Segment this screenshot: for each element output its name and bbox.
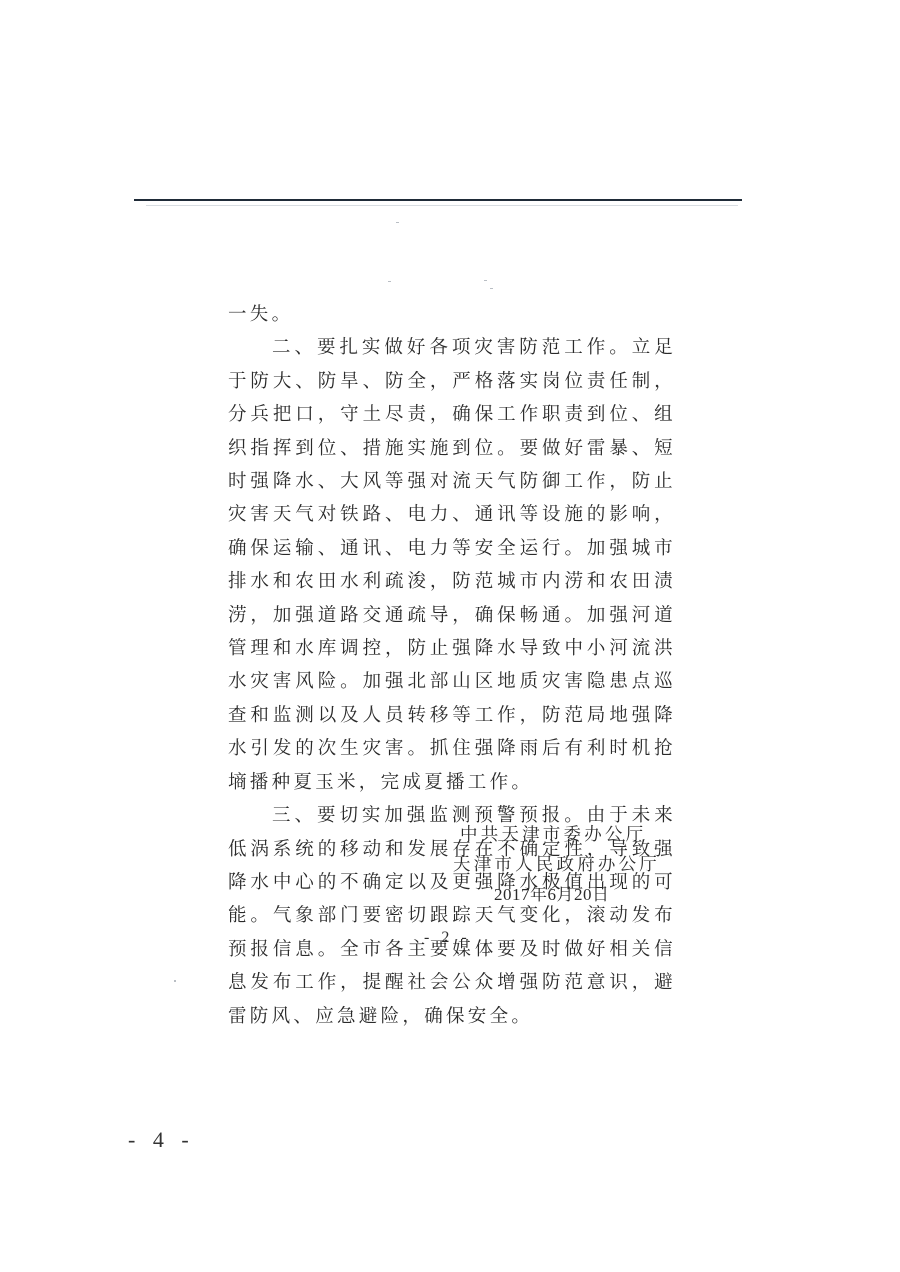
header-rule	[134, 199, 742, 201]
issue-date: 2017年6月20日	[494, 880, 610, 905]
scan-speck	[396, 222, 399, 223]
document-body: 一失。 二、要扎实做好各项灾害防范工作。立足于防大、防旱、防全，严格落实岗位责任…	[228, 298, 676, 1033]
paragraph-continuation: 一失。	[228, 298, 676, 331]
scan-speck	[484, 280, 487, 281]
scan-speck	[490, 288, 493, 289]
issuer-government-office: 天津市人民政府办公厅	[453, 851, 660, 876]
scan-speck	[174, 980, 176, 982]
header-subrule	[146, 205, 738, 206]
outer-page-number: - 4 -	[128, 1127, 195, 1153]
paragraph-disaster-prevention: 二、要扎实做好各项灾害防范工作。立足于防大、防旱、防全，严格落实岗位责任制，分兵…	[228, 331, 676, 799]
inner-page-number: - 2 -	[424, 929, 471, 947]
issuer-party-office: 中共天津市委办公厅	[460, 821, 646, 846]
scan-speck	[388, 281, 391, 282]
